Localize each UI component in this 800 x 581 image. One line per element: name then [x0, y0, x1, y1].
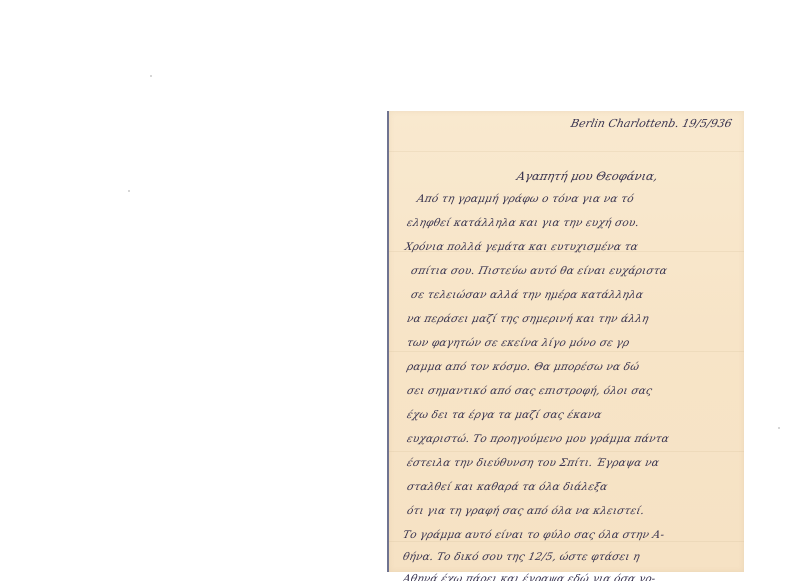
letter-line: σει σημαντικό από σας επιστροφή, όλοι σα… [406, 385, 764, 397]
letter-line: ραμμα από τον κόσμο. Θα μπορέσω να δώ [406, 361, 764, 373]
letter-line: σε τελειώσαν αλλά την ημέρα κατάλληλα [410, 289, 768, 301]
letter-line: έστειλα την διεύθυνση του Σπίτι. Έγραψα … [406, 457, 764, 469]
letter-line: σταλθεί και καθαρά τα όλα διάλεξα [406, 481, 764, 493]
letter-line: σπίτια σου. Πιστεύω αυτό θα είναι ευχάρι… [410, 265, 768, 277]
letter-line: έχω δει τα έργα τα μαζί σας έκανα [406, 409, 764, 421]
paper-rule [389, 151, 744, 152]
letter-page: Berlin Charlottenb. 19/5/936 Αγαπητή μου… [387, 111, 744, 572]
letter-line: Το γράμμα αυτό είναι το φύλο σας όλα στη… [402, 529, 760, 541]
letter-greeting: Αγαπητή μου Θεοφάνια, [516, 169, 660, 183]
paper-rule [389, 351, 744, 352]
scan-speck [150, 75, 152, 77]
letter-line: Από τη γραμμή γράφω ο τόνα για να τό [416, 193, 774, 205]
scan-speck [778, 427, 780, 429]
letter-place-date: Berlin Charlottenb. 19/5/936 [570, 117, 734, 130]
letter-line: εληφθεί κατάλληλα και για την ευχή σου. [406, 217, 764, 229]
letter-line: ότι για τη γραφή σας από όλα να κλειστεί… [406, 505, 764, 517]
letter-line: των φαγητών σε εκείνα λίγο μόνο σε γρ [406, 337, 764, 349]
letter-line: Αθηνά έχω πάρει και έγραψα εδώ για όσα γ… [402, 573, 760, 581]
letter-line: Χρόνια πολλά γεμάτα και ευτυχισμένα τα [404, 241, 762, 253]
paper-rule [389, 451, 744, 452]
letter-line: να περάσει μαζί της σημερινή και την άλλ… [406, 313, 764, 325]
paper-rule [389, 541, 744, 542]
scan-speck [128, 190, 130, 192]
letter-line: θήνα. Το δικό σου της 12/5, ώστε φτάσει … [402, 551, 760, 563]
letter-line: ευχαριστώ. Το προηγούμενο μου γράμμα πάν… [406, 433, 764, 445]
